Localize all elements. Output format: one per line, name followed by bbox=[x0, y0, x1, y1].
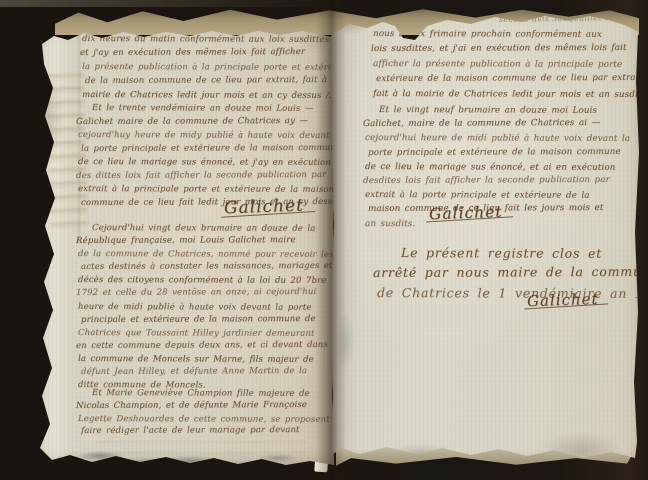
left-paragraph-1: dix heures du matin conformément aux loi… bbox=[82, 33, 351, 103]
handwritten-line: actes destinés à constater les naissance… bbox=[81, 260, 334, 274]
closing-statement: Le présent registre clos etarrêté par no… bbox=[375, 243, 648, 303]
handwritten-line: faire rédiger l'acte de leur mariage par… bbox=[81, 424, 330, 438]
handwritten-line: et j'ay en exécution des mêmes loix fait… bbox=[80, 46, 351, 61]
handwritten-line: Le présent registre clos et bbox=[387, 243, 648, 264]
ink-bleedthrough-bottom bbox=[96, 441, 306, 459]
signature-galichet-left: Galichet bbox=[224, 196, 305, 219]
handwritten-line: de Chatrices le 1 vendémiaire an 13 — bbox=[377, 283, 648, 304]
right-page: second avis 30e feuillet 69 nous le dix … bbox=[331, 12, 645, 464]
handwritten-line: Nicolas Champion, et de défunte Marie Fr… bbox=[76, 399, 330, 413]
handwritten-line: des dittes loix fait afficher la seconde… bbox=[76, 168, 343, 183]
handwritten-line: fait à la mairie de Chatrices ledit jour… bbox=[373, 87, 646, 103]
handwritten-line: lois susdittes, et j'ai en exécution des… bbox=[371, 41, 646, 57]
handwritten-line: la porte principale et extérieure de la … bbox=[81, 141, 343, 156]
scan-edge-shading bbox=[0, 0, 340, 7]
document-scan: dix heures du matin conformément aux loi… bbox=[0, 0, 648, 480]
handwritten-line: 1792 et celle du 28 ventôse an onze, ai … bbox=[76, 286, 334, 300]
signature-galichet-entry: Galichet bbox=[429, 203, 503, 224]
handwritten-line: Galichet maire de la commune de Chatrice… bbox=[76, 114, 343, 129]
handwritten-line: arrêté par nous maire de la commune bbox=[373, 262, 648, 283]
handwritten-line: principale et extérieure de la maison co… bbox=[81, 313, 334, 327]
handwritten-line: desdites lois fait afficher la seconde p… bbox=[363, 173, 630, 188]
left-paragraph-3: Cejourd'hui vingt deux brumaire an douze… bbox=[78, 222, 334, 392]
handwritten-line: en cette commune depuis deux ans, et ci … bbox=[76, 339, 334, 353]
handwritten-line: de la maison commune de ce lieu par extr… bbox=[85, 74, 351, 89]
handwritten-line: République française, moi Louis Galichet… bbox=[76, 234, 334, 248]
right-paragraph-1: nous le dix frimaire prochain conforméme… bbox=[373, 27, 646, 102]
signature-galichet-closing: Galichet bbox=[527, 290, 599, 310]
handwritten-line: porte principale et extérieure de la mai… bbox=[368, 144, 630, 159]
handwritten-line: Galichet, maire de la commune de Chatric… bbox=[363, 116, 630, 131]
left-paragraph-4: Et Marie Geneviève Champion fille majeur… bbox=[78, 387, 330, 438]
left-page: dix heures du matin conformément aux loi… bbox=[40, 28, 336, 465]
handwritten-line: défunt Jean Hilley, et défunte Anne Mart… bbox=[81, 365, 334, 379]
handwritten-line: extérieure de la maison commune de ce li… bbox=[376, 71, 646, 87]
left-paragraph-2: Et le trente vendémiaire an douze moi Lo… bbox=[78, 102, 342, 210]
